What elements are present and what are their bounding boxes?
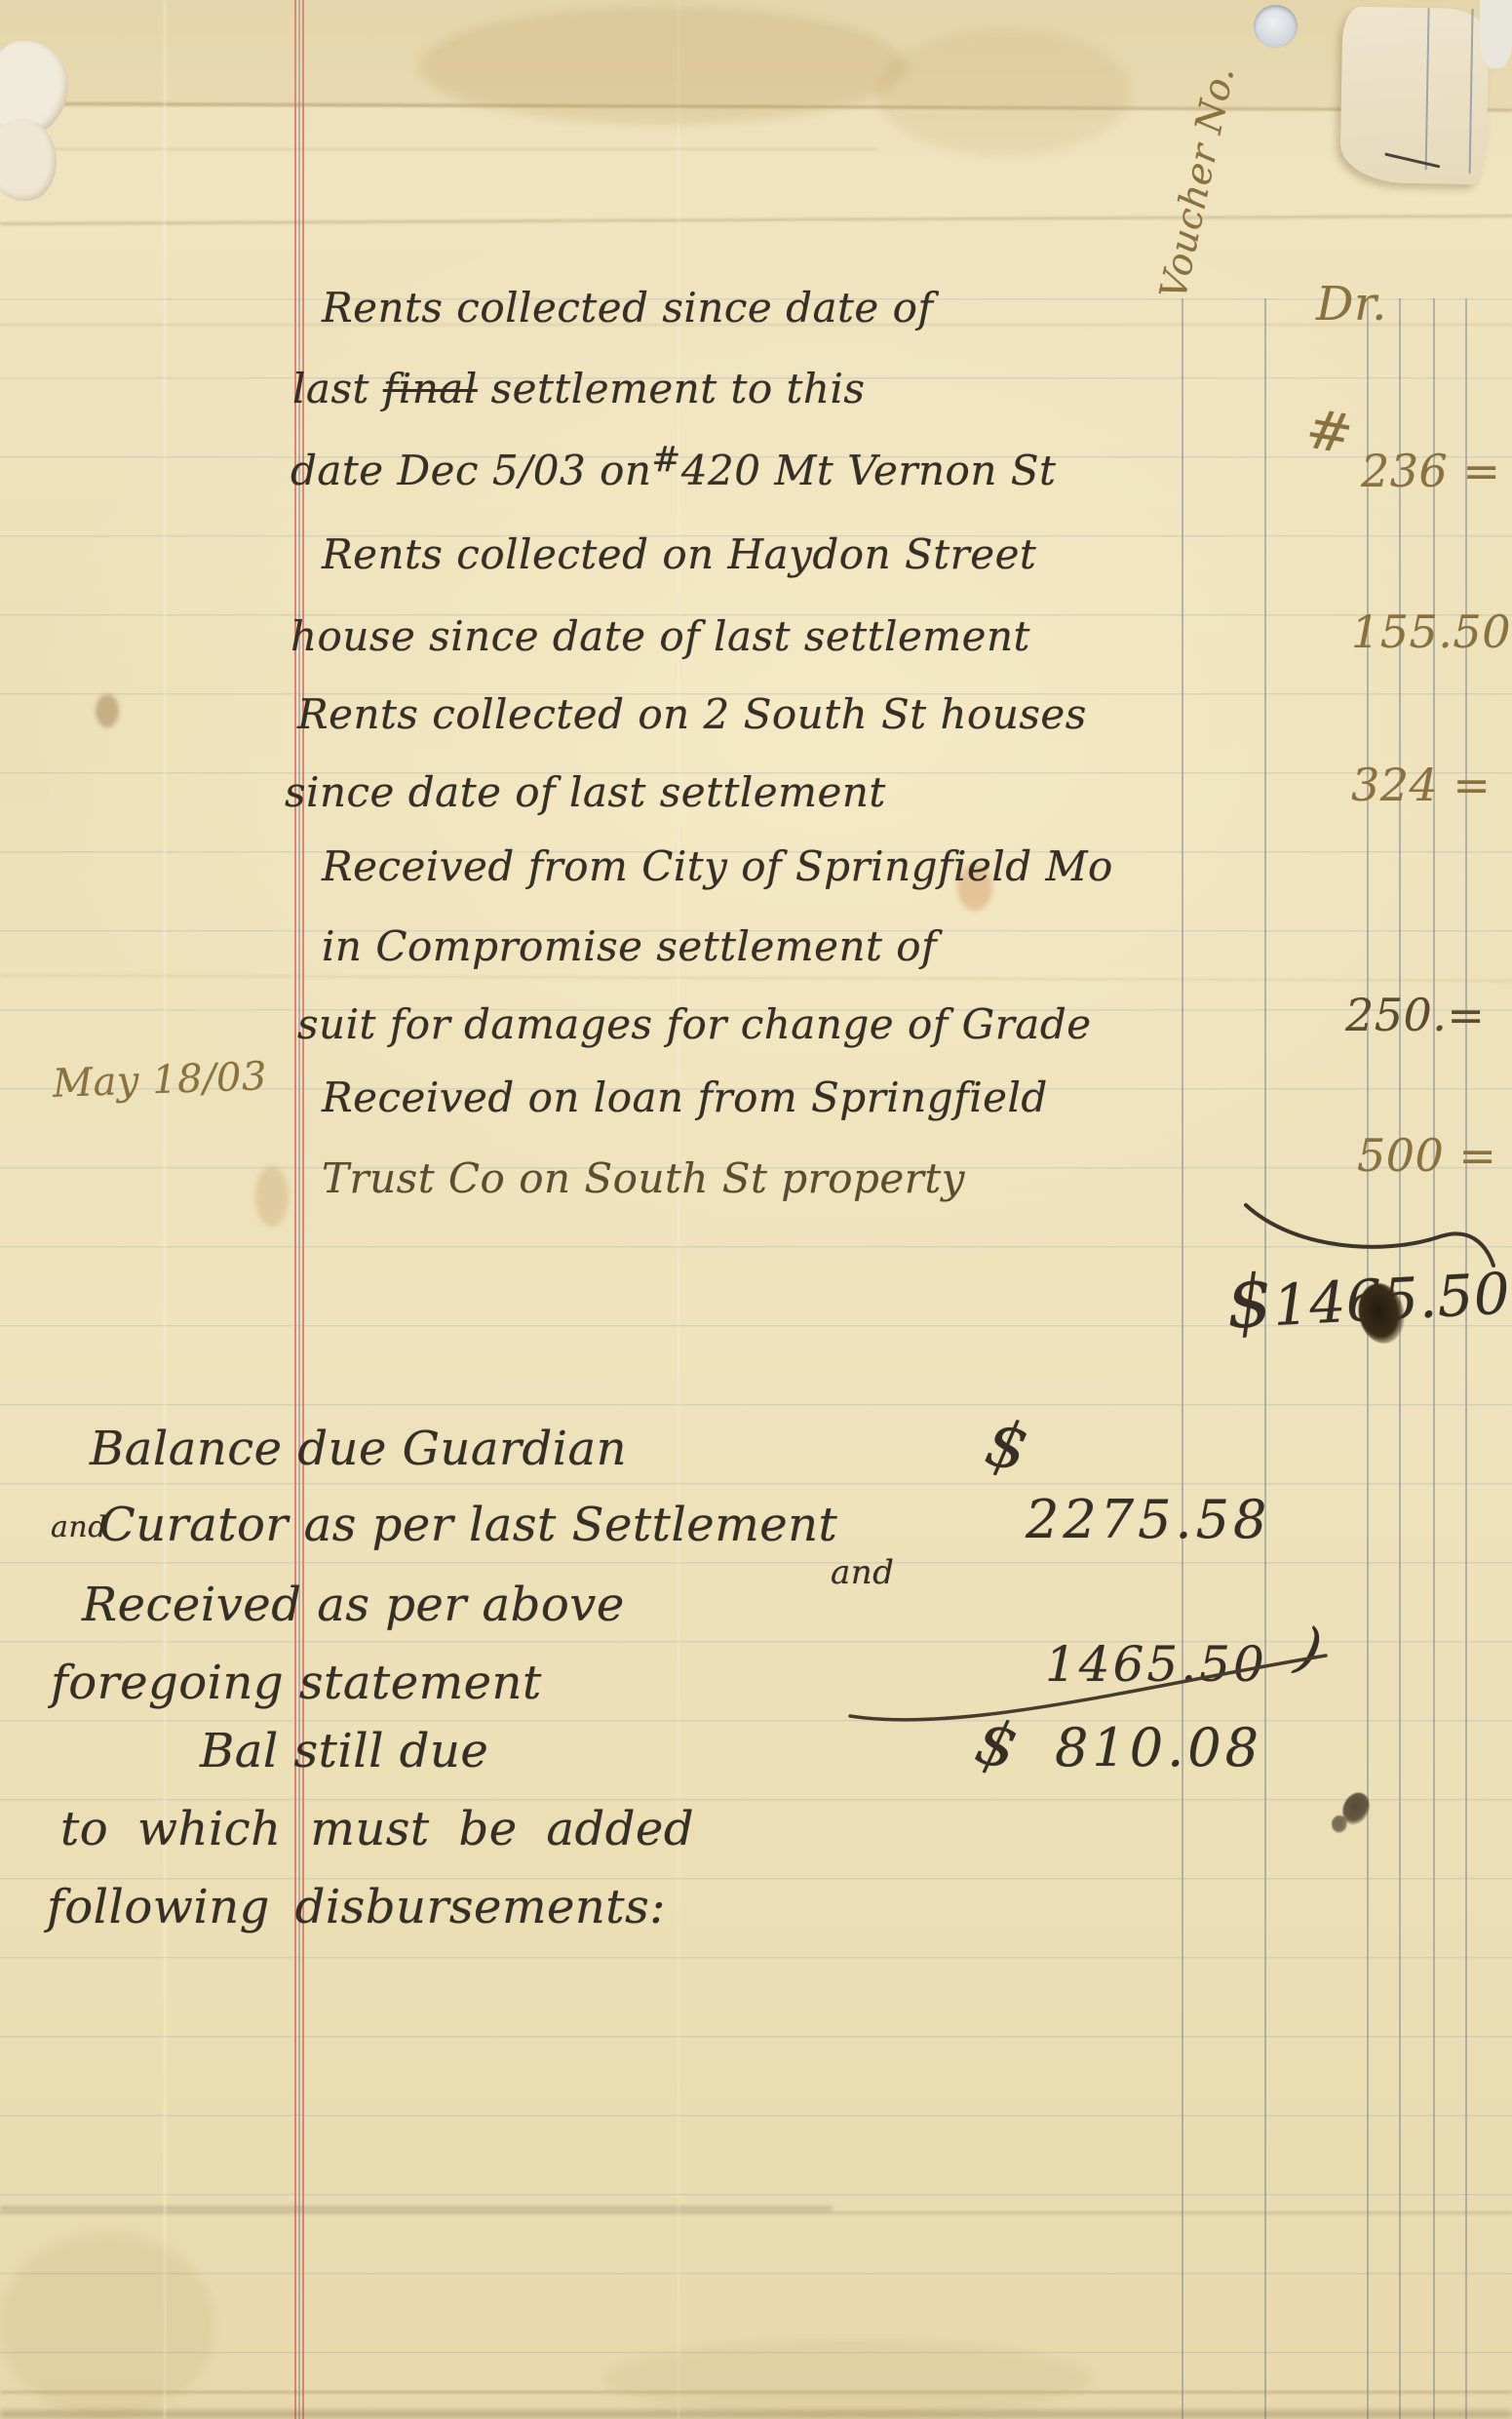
entry-line: suit for damages for change of Grade: [297, 1004, 1092, 1045]
paper-crease: [0, 215, 1512, 225]
punch-hole: [1254, 5, 1298, 48]
ledger-column-line: [1182, 298, 1183, 2419]
entry-line: Rents collected since date of: [322, 288, 933, 329]
pen-mark: [1384, 152, 1440, 168]
summary-line: foregoing statement: [51, 1659, 542, 1706]
entry-line: since date of last settlement: [285, 772, 886, 813]
summary-line: following disbursements:: [47, 1884, 666, 1931]
summary-line: Balance due Guardian: [90, 1425, 627, 1472]
stain: [604, 2340, 1092, 2418]
amount-number-sign: #: [1301, 402, 1356, 463]
margin-date: May 18/03: [52, 1057, 267, 1104]
stain: [255, 1166, 289, 1227]
amount: 250.=: [1345, 993, 1485, 1037]
paper-crease: [0, 148, 877, 150]
stain: [877, 29, 1131, 156]
pencil-smudge-line: [0, 2206, 832, 2210]
stain: [96, 694, 119, 727]
torn-patch-top-left: [0, 119, 57, 201]
summary-word-and: and: [831, 1556, 894, 1589]
entry-word: settlement to this: [491, 365, 866, 412]
entry-line: Received from City of Springfield Mo: [322, 846, 1113, 887]
amount: 500 =: [1357, 1133, 1496, 1178]
amount: 155.50: [1351, 609, 1511, 654]
number-sign: #: [651, 443, 680, 478]
entry-line: last final settlement to this: [292, 369, 865, 410]
summary-amount: 810.08: [1055, 1722, 1262, 1775]
summary-line: Received as per above: [82, 1581, 625, 1628]
ledger-page: Voucher No. Dr. Rents collected since da…: [0, 0, 1512, 2419]
entry-word: last: [292, 365, 369, 412]
flap-ruled-line: [1469, 9, 1474, 174]
ledger-column-line: [1264, 298, 1266, 2419]
stain: [419, 8, 907, 125]
paper-crease: [0, 2211, 1512, 2214]
entry-word: 420 Mt Vernon St: [681, 447, 1057, 494]
red-margin-line: [294, 0, 305, 2419]
summary-line: Curator as per last Settlement: [99, 1502, 837, 1548]
ink-smudge: [1332, 1815, 1347, 1833]
flap-ruled-line: [1425, 8, 1430, 170]
entry-line: Trust Co on South St property: [322, 1158, 965, 1199]
amount: 236 =: [1361, 449, 1500, 493]
entry-line: Rents collected on Haydon Street: [322, 534, 1036, 575]
stain: [0, 2233, 214, 2418]
torn-edge-corner: [1480, 0, 1512, 68]
entry-line: in Compromise settlement of: [322, 926, 937, 967]
fold-line: [164, 0, 166, 2419]
entry-line: Received on loan from Springfield: [322, 1077, 1048, 1118]
summary-amount: 2275.58: [1026, 1494, 1270, 1546]
entry-word: date Dec 5/03 on: [291, 447, 651, 494]
entry-line: house since date of last settlement: [291, 616, 1030, 657]
dr-column-header: Dr.: [1316, 281, 1387, 328]
fold-line: [678, 0, 679, 2419]
entry-line: date Dec 5/03 on#420 Mt Vernon St: [291, 450, 1056, 491]
torn-flap-top-right: [1339, 7, 1489, 185]
amount: 324 =: [1351, 762, 1491, 807]
struck-word: final: [383, 365, 478, 412]
summary-line: Bal still due: [200, 1728, 488, 1775]
dollar-sign: $: [1224, 1259, 1275, 1345]
entry-line: Rents collected on 2 South St houses: [297, 694, 1087, 735]
summary-line: to which must be added: [60, 1806, 694, 1853]
